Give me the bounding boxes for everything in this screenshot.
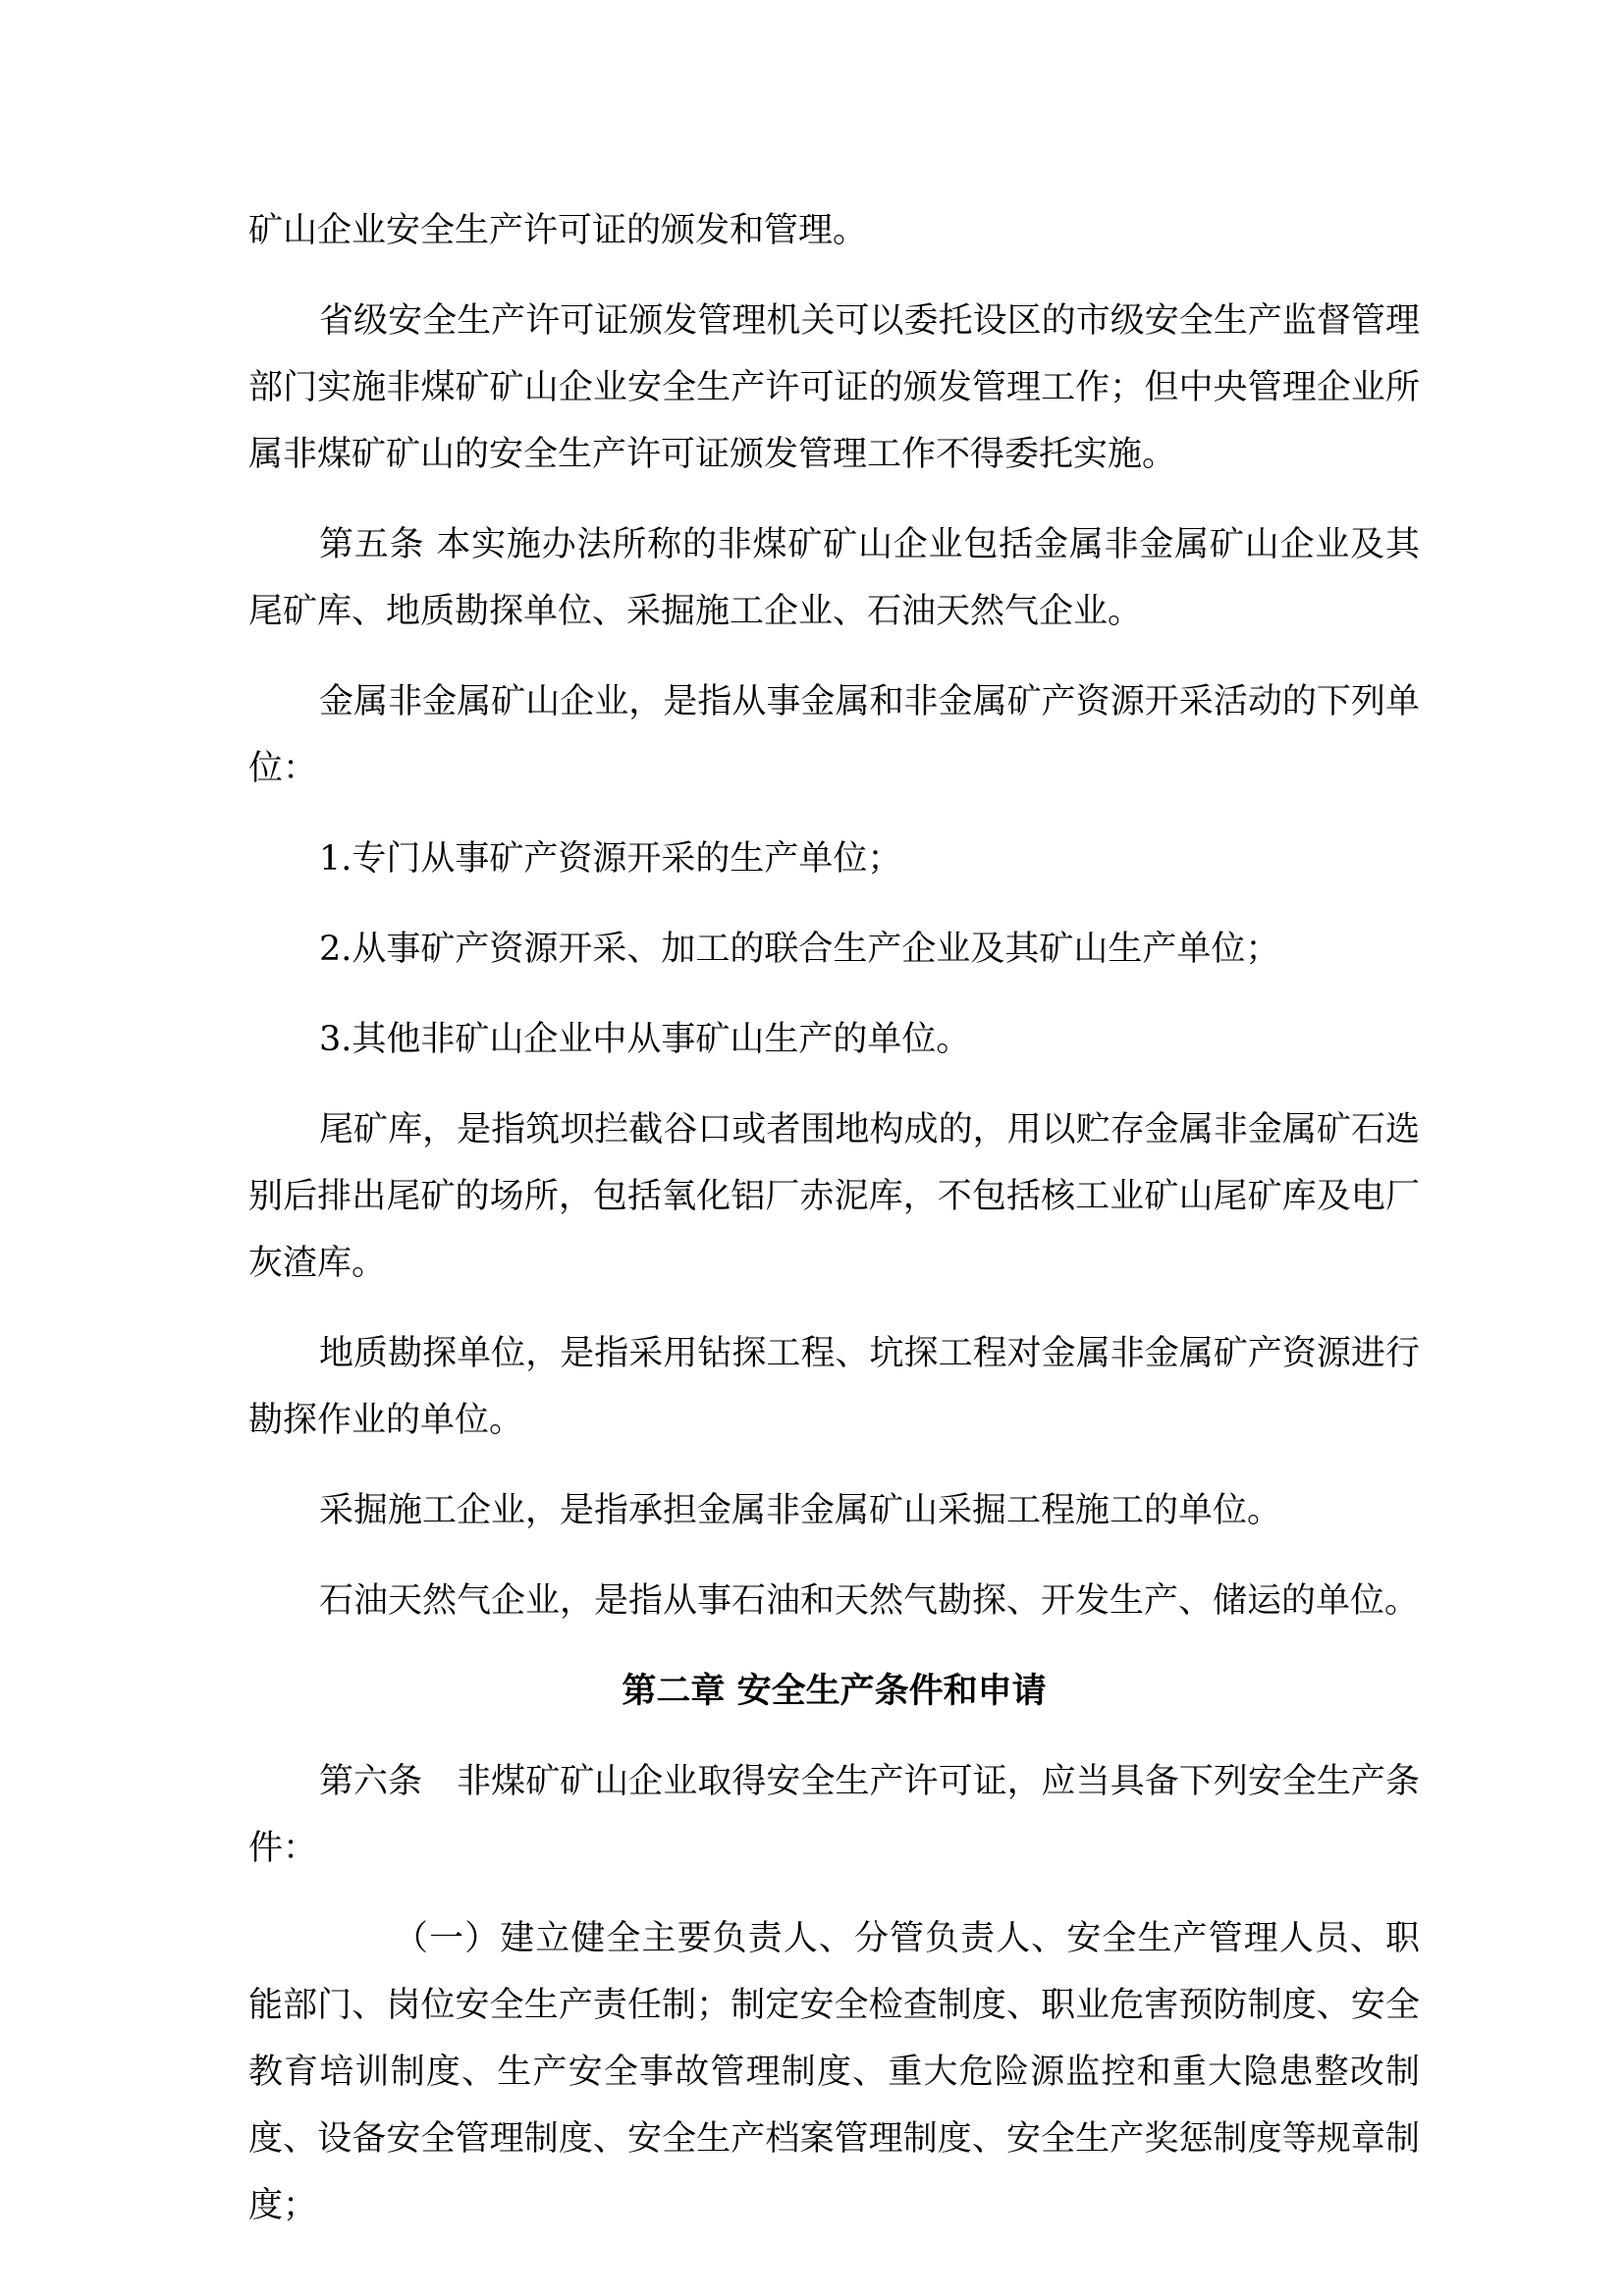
paragraph-article-6: 第六条 非煤矿矿山企业取得安全生产许可证，应当具备下列安全生产条件：: [248, 1748, 1420, 1882]
numbered-item-2: 2.从事矿产资源开采、加工的联合生产企业及其矿山生产单位；: [248, 916, 1420, 983]
numbered-item-1: 1.专门从事矿产资源开采的生产单位；: [248, 826, 1420, 892]
numbered-item-3: 3.其他非矿山企业中从事矿山生产的单位。: [248, 1006, 1420, 1073]
paragraph-provincial-delegation: 省级安全生产许可证颁发管理机关可以委托设区的市级安全生产监督管理部门实施非煤矿矿…: [248, 288, 1420, 488]
paragraph-license-issuance-continuation: 矿山企业安全生产许可证的颁发和管理。: [248, 197, 1420, 264]
paragraph-metal-nonmetal-mine-definition: 金属非金属矿山企业，是指从事金属和非金属矿产资源开采活动的下列单位：: [248, 668, 1420, 802]
paragraph-tailings-pond-definition: 尾矿库，是指筑坝拦截谷口或者围地构成的，用以贮存金属非金属矿石选别后排出尾矿的场…: [248, 1096, 1420, 1297]
paragraph-geological-exploration-definition: 地质勘探单位，是指采用钻探工程、坑探工程对金属非金属矿产资源进行勘探作业的单位。: [248, 1320, 1420, 1454]
document-page: 矿山企业安全生产许可证的颁发和管理。 省级安全生产许可证颁发管理机关可以委托设区…: [0, 0, 1624, 2296]
clause-item-1: （一）建立健全主要负责人、分管负责人、安全生产管理人员、职能部门、岗位安全生产责…: [248, 1905, 1420, 2239]
paragraph-oil-gas-enterprise-definition: 石油天然气企业，是指从事石油和天然气勘探、开发生产、储运的单位。: [248, 1568, 1420, 1634]
chapter-2-heading: 第二章 安全生产条件和申请: [248, 1658, 1420, 1725]
paragraph-article-5: 第五条 本实施办法所称的非煤矿矿山企业包括金属非金属矿山企业及其尾矿库、地质勘探…: [248, 511, 1420, 645]
paragraph-excavation-construction-definition: 采掘施工企业，是指承担金属非金属矿山采掘工程施工的单位。: [248, 1477, 1420, 1544]
